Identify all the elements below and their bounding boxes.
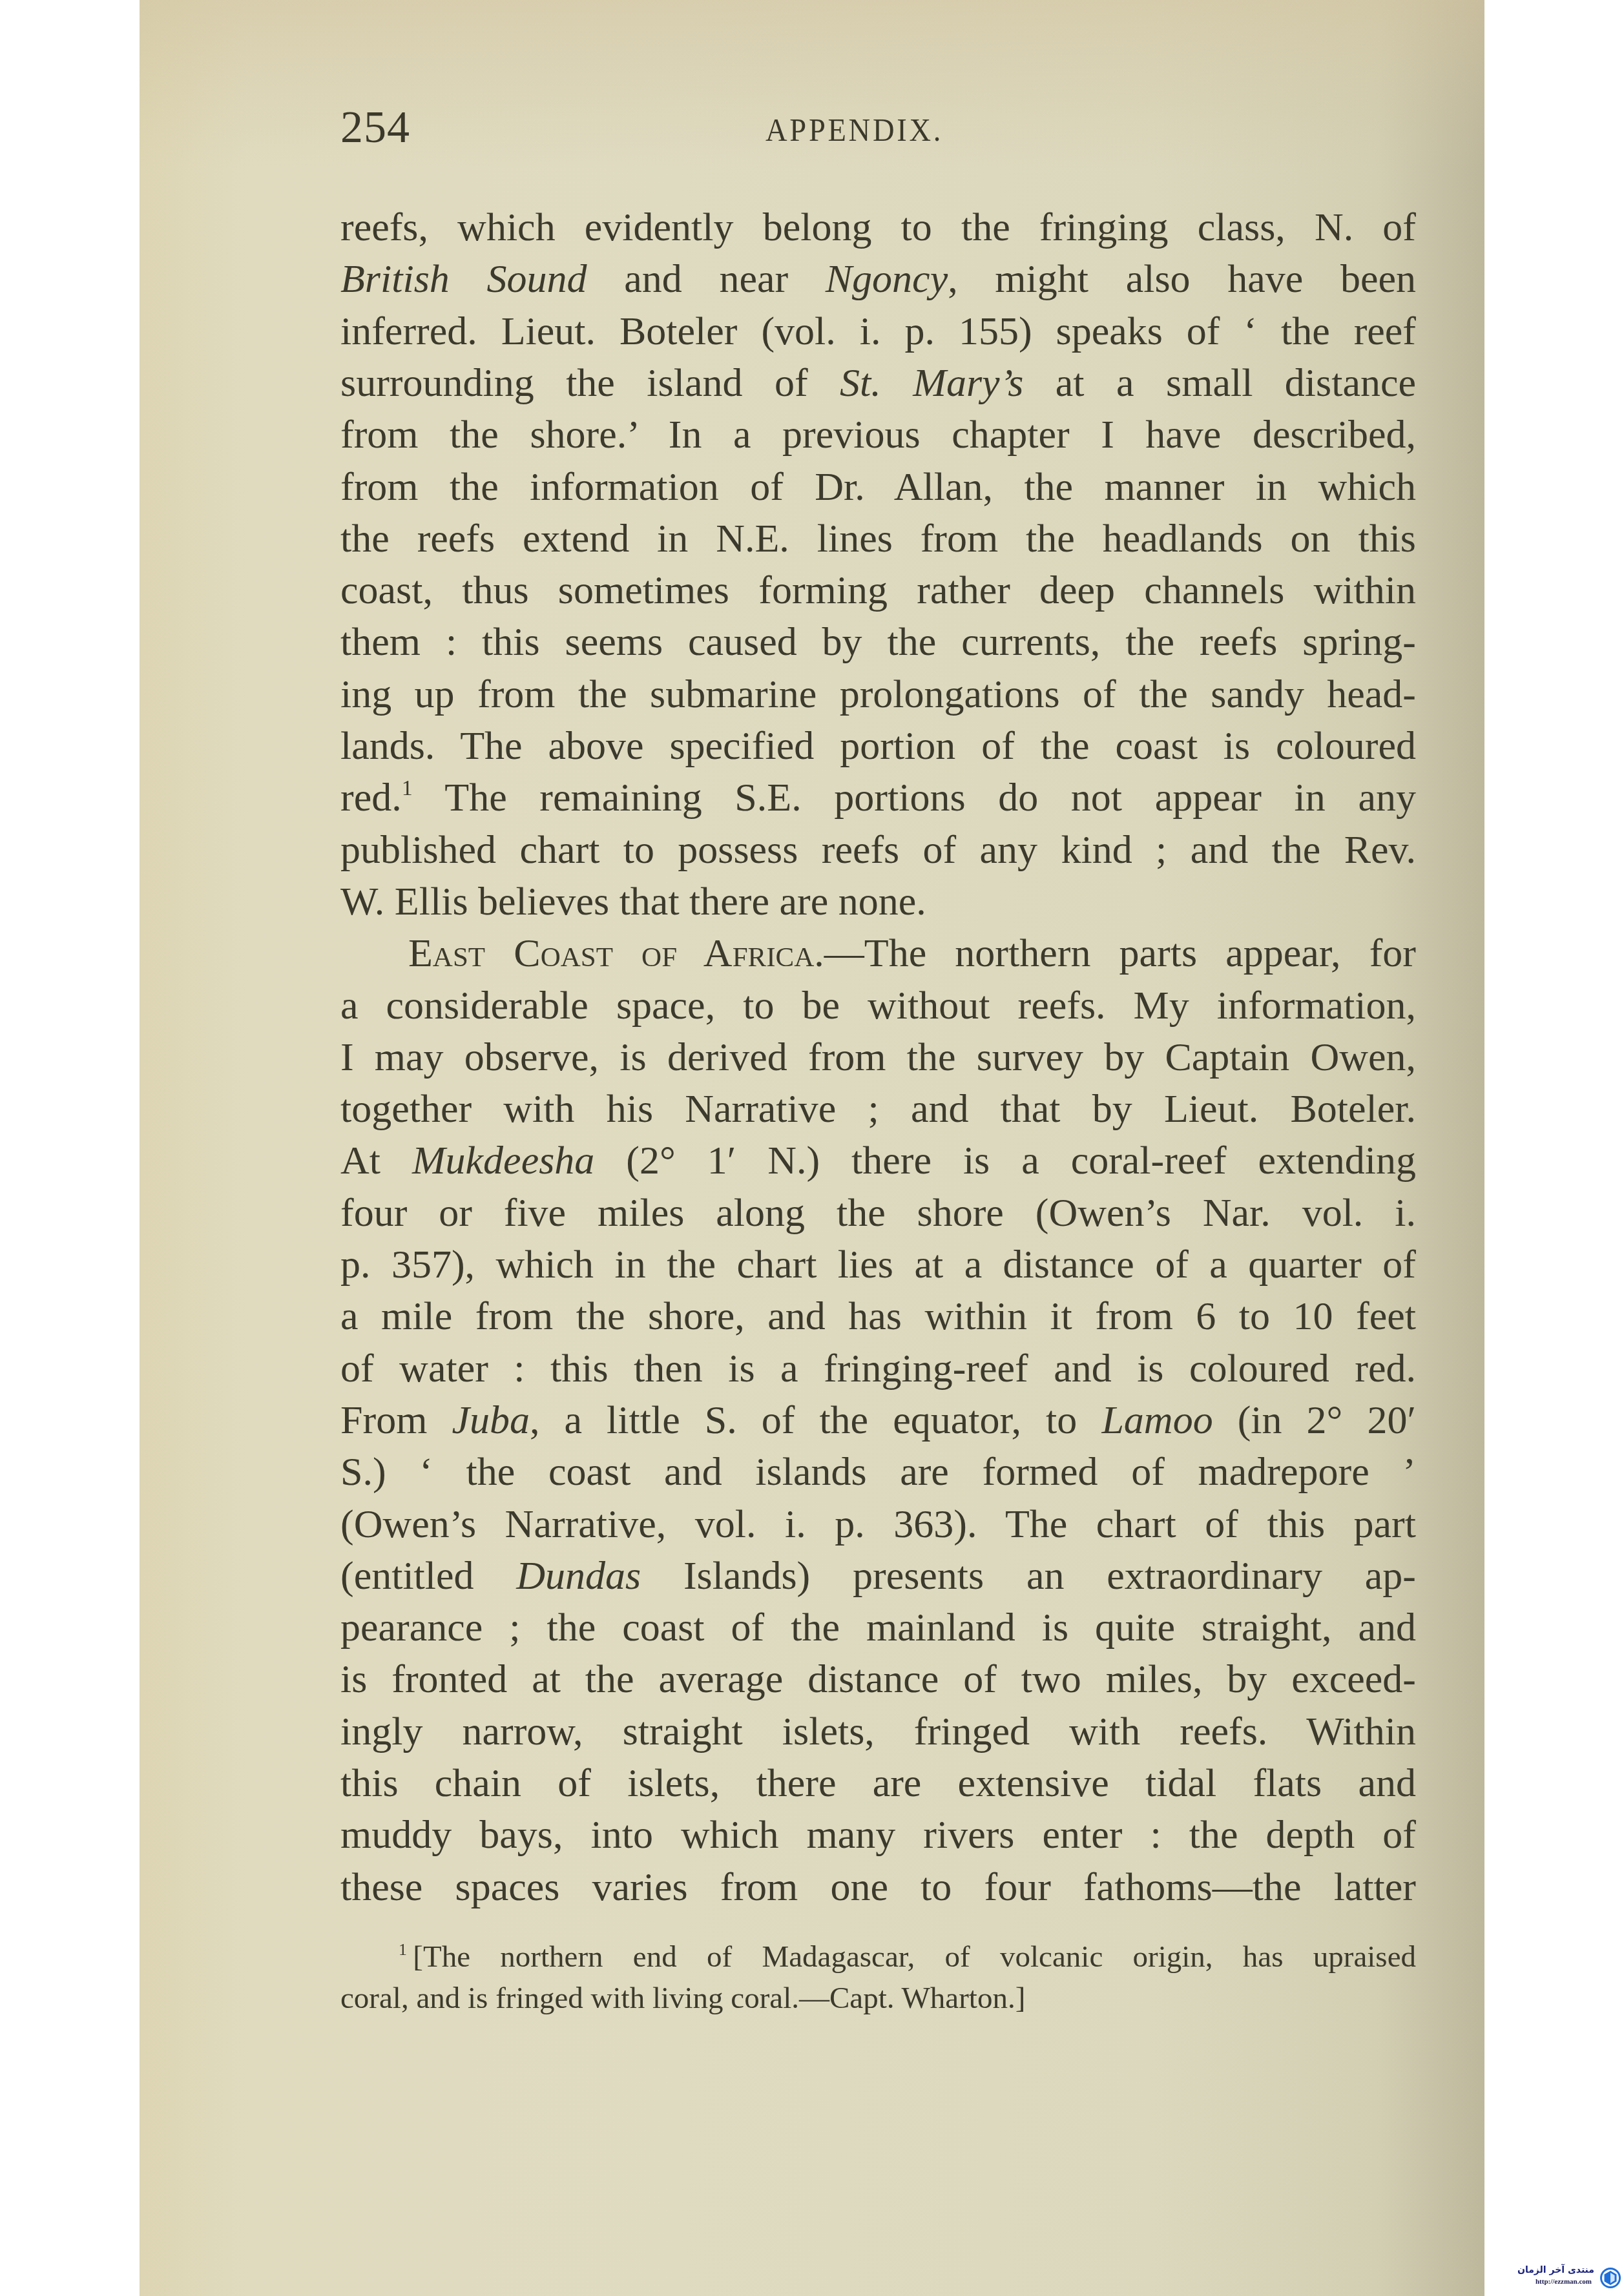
footnote-line: coral, and is fringed with living coral.…	[340, 1978, 1416, 2019]
text-line: (Owen’s Narrative, vol. i. p. 363). The …	[340, 1498, 1416, 1550]
text-line: these spaces varies from one to four fat…	[340, 1861, 1416, 1913]
text-line: From Juba, a little S. of the equator, t…	[340, 1394, 1416, 1446]
text-line: a considerable space, to be without reef…	[340, 980, 1416, 1031]
text-line: published chart to possess reefs of any …	[340, 824, 1416, 876]
text-line: this chain of islets, there are extensiv…	[340, 1757, 1416, 1809]
running-head: 254 APPENDIX.	[140, 102, 1484, 154]
text-line: muddy bays, into which many rivers enter…	[340, 1809, 1416, 1861]
site-watermark: منتدى آخر الزمان http://ezzman.com	[1504, 2264, 1624, 2293]
text-line: British Sound and near Ngoncy, might als…	[340, 253, 1416, 305]
italic-place-name: Dundas	[516, 1554, 641, 1598]
italic-place-name: St. Mary’s	[840, 361, 1023, 405]
text-line: surrounding the island of St. Mary’s at …	[340, 357, 1416, 409]
italic-place-name: Lamoo	[1101, 1398, 1213, 1442]
text-line: S.) ‘ the coast and islands are formed o…	[340, 1446, 1416, 1498]
running-title: APPENDIX.	[765, 107, 943, 152]
hexagon-logo-icon	[1599, 2267, 1621, 2289]
text-line: them : this seems caused by the currents…	[340, 616, 1416, 668]
text-line: p. 357), which in the chart lies at a di…	[340, 1239, 1416, 1290]
text-line: lands. The above specified portion of th…	[340, 720, 1416, 772]
text-line: of water : this then is a fringing-reef …	[340, 1343, 1416, 1394]
text-line: At Mukdeesha (2° 1′ N.) there is a coral…	[340, 1135, 1416, 1186]
footnote-marker: 1	[399, 1940, 407, 1959]
text-line: pearance ; the coast of the mainland is …	[340, 1602, 1416, 1653]
text-line: together with his Narrative ; and that b…	[340, 1083, 1416, 1135]
section-heading: East Coast of Africa	[408, 931, 814, 975]
text-line: coast, thus sometimes forming rather dee…	[340, 564, 1416, 616]
text-line: (entitled Dundas Islands) presents an ex…	[340, 1550, 1416, 1602]
italic-place-name: Mukdeesha	[412, 1139, 594, 1183]
italic-place-name: Juba	[452, 1398, 530, 1442]
italic-place-name: British Sound	[340, 257, 587, 301]
section-heading-line: East Coast of Africa.—The northern parts…	[408, 927, 1416, 979]
text-line: ing up from the submarine prolongations …	[340, 668, 1416, 720]
watermark-url: http://ezzman.com	[1536, 2277, 1592, 2286]
italic-place-name: Ngoncy	[826, 257, 948, 301]
text-line: ingly narrow, straight islets, fringed w…	[340, 1706, 1416, 1757]
text-line: inferred. Lieut. Boteler (vol. i. p. 155…	[340, 305, 1416, 357]
text-line: from the information of Dr. Allan, the m…	[340, 461, 1416, 513]
page-number: 254	[340, 102, 410, 154]
text-line: from the shore.’ In a previous chapter I…	[340, 409, 1416, 460]
footnote-line: 1 [The northern end of Madagascar, of vo…	[399, 1936, 1416, 1978]
text-line: I may observe, is derived from the surve…	[340, 1031, 1416, 1083]
text-line: W. Ellis believes that there are none.	[340, 876, 1416, 927]
watermark-arabic-title: منتدى آخر الزمان	[1517, 2264, 1594, 2276]
text-line: red.1 The remaining S.E. portions do not…	[340, 772, 1416, 823]
footnote-ref: 1	[402, 776, 413, 800]
text-line: is fronted at the average distance of tw…	[340, 1653, 1416, 1705]
text-line: the reefs extend in N.E. lines from the …	[340, 513, 1416, 564]
text-line: four or five miles along the shore (Owen…	[340, 1187, 1416, 1239]
text-line: a mile from the shore, and has within it…	[340, 1290, 1416, 1342]
text-line: reefs, which evidently belong to the fri…	[340, 202, 1416, 253]
book-page: 254 APPENDIX. reefs, which evidently bel…	[140, 0, 1484, 2296]
